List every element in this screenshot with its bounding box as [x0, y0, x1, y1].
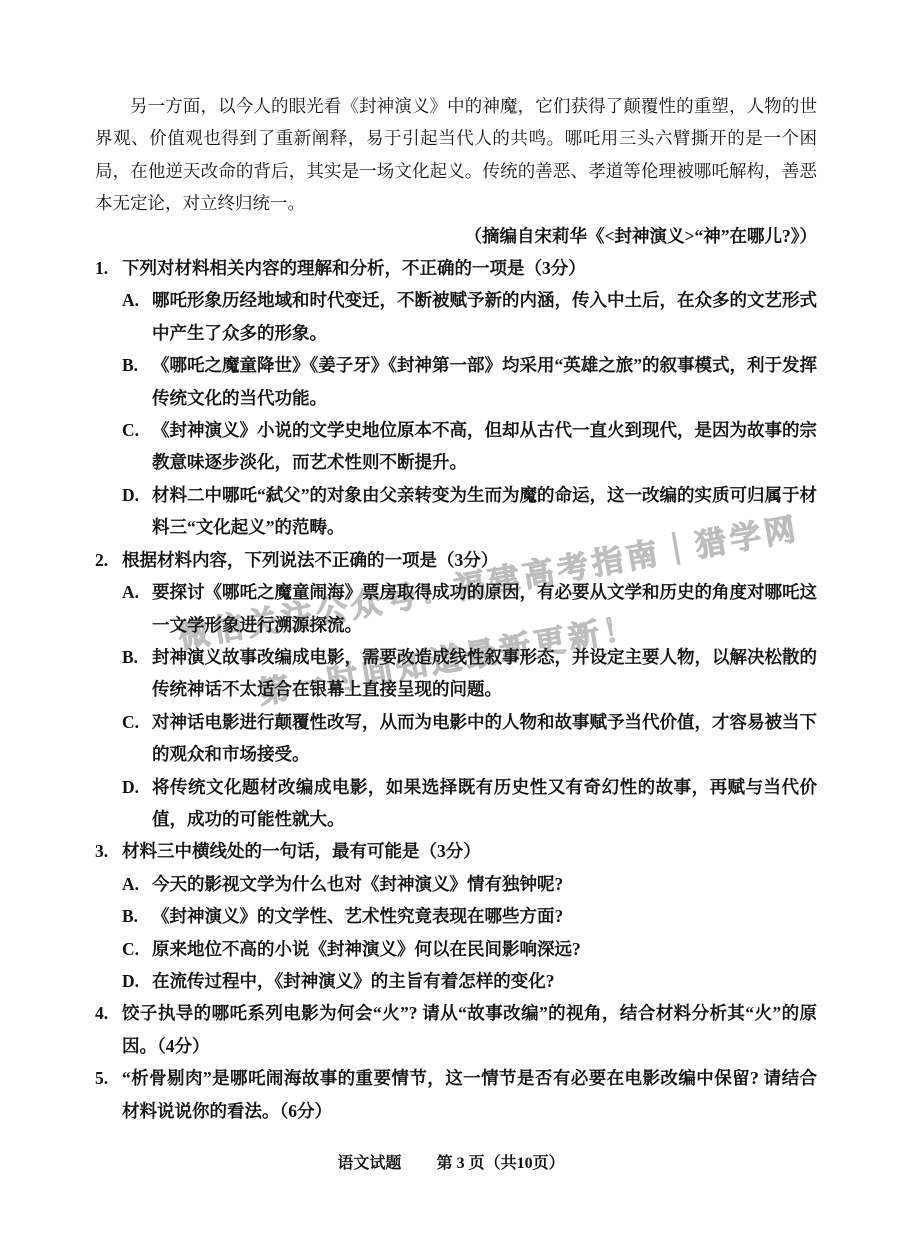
question-stem: 根据材料内容，下列说法不正确的一项是（3分） [122, 544, 817, 576]
option-text: 《封神演义》的文学性、艺术性究竟表现在哪些方面? [152, 900, 817, 932]
question-2: 2. 根据材料内容，下列说法不正确的一项是（3分） A. 要探讨《哪吒之魔童闹海… [95, 544, 817, 836]
option-text: 对神话电影进行颠覆性改写，从而为电影中的人物和故事赋予当代价值，才容易被当下的观… [152, 706, 817, 771]
option-text: 哪吒形象历经地域和时代变迁，不断被赋予新的内涵，传入中土后，在众多的文艺形式中产… [152, 284, 817, 349]
question-2-option-a: A. 要探讨《哪吒之魔童闹海》票房取得成功的原因，有必要从文学和历史的角度对哪吒… [95, 576, 817, 641]
option-text: 《哪吒之魔童降世》《姜子牙》《封神第一部》均采用“英雄之旅”的叙事模式，利于发挥… [152, 349, 817, 414]
question-3-option-a: A. 今天的影视文学为什么也对《封神演义》情有独钟呢? [95, 868, 817, 900]
question-5: 5. “析骨剔肉”是哪吒闹海故事的重要情节，这一情节是否有必要在电影改编中保留?… [95, 1062, 817, 1127]
question-1-option-b: B. 《哪吒之魔童降世》《姜子牙》《封神第一部》均采用“英雄之旅”的叙事模式，利… [95, 349, 817, 414]
question-3: 3. 材料三中横线处的一句话，最有可能是（3分） A. 今天的影视文学为什么也对… [95, 835, 817, 997]
question-5-stem-row: 5. “析骨剔肉”是哪吒闹海故事的重要情节，这一情节是否有必要在电影改编中保留?… [95, 1062, 817, 1127]
question-number: 5. [95, 1062, 122, 1127]
question-number: 1. [95, 252, 122, 284]
question-3-stem-row: 3. 材料三中横线处的一句话，最有可能是（3分） [95, 835, 817, 867]
question-2-option-b: B. 封神演义故事改编成电影，需要改造成线性叙事形态，并设定主要人物，以解决松散… [95, 641, 817, 706]
option-label: A. [122, 576, 152, 641]
question-stem: 材料三中横线处的一句话，最有可能是（3分） [122, 835, 817, 867]
question-3-option-b: B. 《封神演义》的文学性、艺术性究竟表现在哪些方面? [95, 900, 817, 932]
question-3-option-d: D. 在流传过程中，《封神演义》的主旨有着怎样的变化? [95, 965, 817, 997]
option-text: 将传统文化题材改编成电影，如果选择既有历史性又有奇幻性的故事，再赋与当代价值，成… [152, 771, 817, 836]
option-label: C. [122, 933, 152, 965]
option-text: 要探讨《哪吒之魔童闹海》票房取得成功的原因，有必要从文学和历史的角度对哪吒这一文… [152, 576, 817, 641]
page-footer: 语文试题第 3 页（共10页） [0, 1150, 902, 1173]
question-1-option-d: D. 材料二中哪吒“弑父”的对象由父亲转变为生而为魔的命运，这一改编的实质可归属… [95, 479, 817, 544]
exam-page: 微信关注公众号：福建高考指南｜猎学网 第一时间知道最新更新！ 另一方面，以今人的… [0, 0, 902, 1257]
option-text: 在流传过程中，《封神演义》的主旨有着怎样的变化? [152, 965, 817, 997]
material-paragraph: 另一方面，以今人的眼光看《封神演义》中的神魔，它们获得了颠覆性的重塑，人物的世界… [95, 90, 817, 220]
option-label: C. [122, 414, 152, 479]
material-attribution: （摘编自宋莉华《<封神演义>“神”在哪儿?》） [95, 220, 817, 252]
option-text: 今天的影视文学为什么也对《封神演义》情有独钟呢? [152, 868, 817, 900]
option-label: C. [122, 706, 152, 771]
question-1: 1. 下列对材料相关内容的理解和分析，不正确的一项是（3分） A. 哪吒形象历经… [95, 252, 817, 544]
question-4: 4. 饺子执导的哪吒系列电影为何会“火”? 请从“故事改编”的视角，结合材料分析… [95, 997, 817, 1062]
question-number: 4. [95, 997, 122, 1062]
question-4-stem-row: 4. 饺子执导的哪吒系列电影为何会“火”? 请从“故事改编”的视角，结合材料分析… [95, 997, 817, 1062]
option-label: B. [122, 641, 152, 706]
question-1-option-a: A. 哪吒形象历经地域和时代变迁，不断被赋予新的内涵，传入中土后，在众多的文艺形… [95, 284, 817, 349]
question-number: 2. [95, 544, 122, 576]
option-text: 封神演义故事改编成电影，需要改造成线性叙事形态，并设定主要人物，以解决松散的传统… [152, 641, 817, 706]
question-number: 3. [95, 835, 122, 867]
option-text: 《封神演义》小说的文学史地位原本不高，但却从古代一直火到现代，是因为故事的宗教意… [152, 414, 817, 479]
question-2-option-c: C. 对神话电影进行颠覆性改写，从而为电影中的人物和故事赋予当代价值，才容易被当… [95, 706, 817, 771]
option-label: B. [122, 900, 152, 932]
question-3-option-c: C. 原来地位不高的小说《封神演义》何以在民间影响深远? [95, 933, 817, 965]
option-label: D. [122, 771, 152, 836]
footer-page-number: 第 3 页（共10页） [437, 1155, 565, 1172]
page-content: 另一方面，以今人的眼光看《封神演义》中的神魔，它们获得了颠覆性的重塑，人物的世界… [95, 90, 817, 1127]
question-1-stem-row: 1. 下列对材料相关内容的理解和分析，不正确的一项是（3分） [95, 252, 817, 284]
question-stem: “析骨剔肉”是哪吒闹海故事的重要情节，这一情节是否有必要在电影改编中保留? 请结… [122, 1062, 817, 1127]
option-label: A. [122, 284, 152, 349]
question-2-stem-row: 2. 根据材料内容，下列说法不正确的一项是（3分） [95, 544, 817, 576]
option-text: 材料二中哪吒“弑父”的对象由父亲转变为生而为魔的命运，这一改编的实质可归属于材料… [152, 479, 817, 544]
footer-paper-title: 语文试题 [337, 1155, 401, 1172]
question-1-option-c: C. 《封神演义》小说的文学史地位原本不高，但却从古代一直火到现代，是因为故事的… [95, 414, 817, 479]
question-2-option-d: D. 将传统文化题材改编成电影，如果选择既有历史性又有奇幻性的故事，再赋与当代价… [95, 771, 817, 836]
question-stem: 下列对材料相关内容的理解和分析，不正确的一项是（3分） [122, 252, 817, 284]
option-label: B. [122, 349, 152, 414]
question-stem: 饺子执导的哪吒系列电影为何会“火”? 请从“故事改编”的视角，结合材料分析其“火… [122, 997, 817, 1062]
option-text: 原来地位不高的小说《封神演义》何以在民间影响深远? [152, 933, 817, 965]
option-label: D. [122, 479, 152, 544]
option-label: D. [122, 965, 152, 997]
option-label: A. [122, 868, 152, 900]
